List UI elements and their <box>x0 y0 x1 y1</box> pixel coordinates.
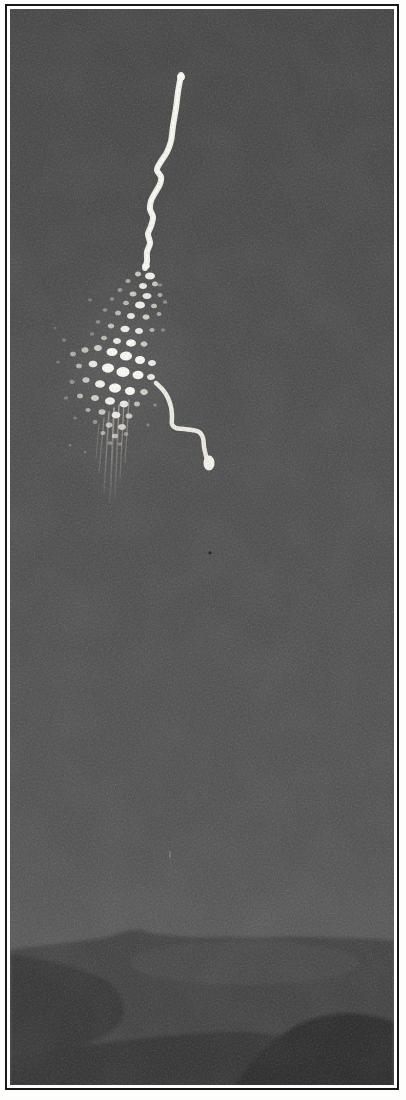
mottle-overlay <box>10 9 394 1085</box>
night-photograph <box>10 9 394 1085</box>
photo-svg <box>10 9 394 1085</box>
photo-plate-frame <box>5 4 399 1090</box>
page-background: { "figure": { "subject": "halftone photo… <box>0 0 406 1100</box>
